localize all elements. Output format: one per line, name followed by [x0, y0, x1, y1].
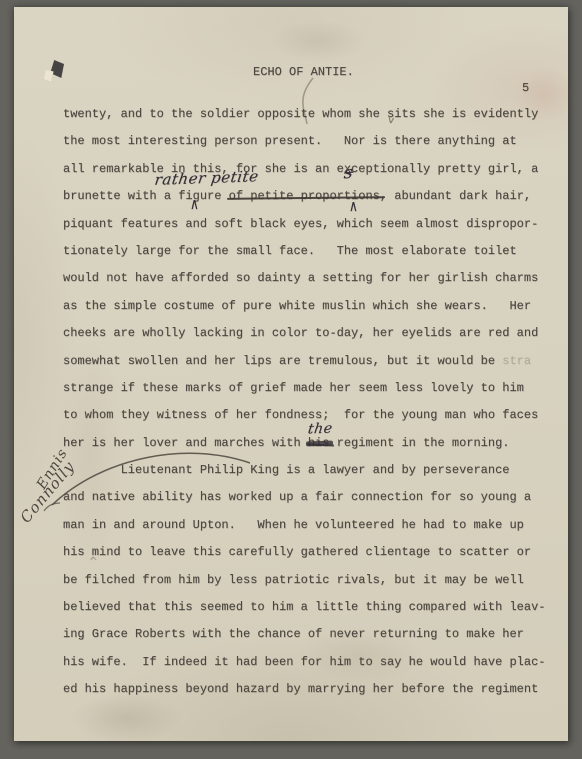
page-number: 5: [522, 81, 529, 95]
insertion-caret-icon: ∧: [190, 198, 199, 211]
typed-text: , abundant dark hair,: [380, 189, 531, 203]
typed-line: twenty, and to the soldier opposite whom…: [63, 101, 565, 128]
paper-hole: [46, 58, 66, 82]
insertion-caret-icon: ∧: [349, 200, 358, 213]
small-pencil-caret-icon: ^: [89, 556, 97, 567]
handwritten-insertion: rather petite: [153, 167, 259, 189]
typed-line: ed his happiness beyond hazard by marryi…: [63, 676, 565, 703]
typed-line: believed that this seemed to him a littl…: [63, 594, 565, 621]
typed-text: somewhat swollen and her lips are tremul…: [63, 354, 502, 368]
erased-text: stra: [502, 354, 531, 368]
typed-text: regiment in the morning.: [329, 436, 509, 450]
scan-background: ECHO OF ANTIE. 5 twenty, and to the sold…: [0, 0, 582, 759]
typed-line-with-strikethrough: brunette with a figure of petite proport…: [63, 183, 565, 210]
handwritten-replacement-word: the: [307, 421, 334, 438]
paper-smudge: [270, 20, 366, 62]
typed-line: man in and around Upton. When he volunte…: [63, 512, 565, 539]
typed-line: be filched from him by less patriotic ri…: [63, 567, 565, 594]
typed-text: her is her lover and marches with: [63, 436, 308, 450]
typed-line-paragraph-start: Lieutenant Philip King is a lawyer and b…: [63, 457, 565, 484]
typed-text-block: twenty, and to the soldier opposite whom…: [63, 101, 565, 705]
typed-line: and native ability has worked up a fair …: [63, 484, 565, 511]
typed-line: ing Grace Roberts with the chance of nev…: [63, 621, 565, 648]
typed-line: his wife. If indeed it had been for him …: [63, 649, 565, 676]
typed-line: strange if these marks of grief made her…: [63, 375, 565, 402]
typed-line: piquant features and soft black eyes, wh…: [63, 211, 565, 238]
typed-line: would not have afforded so dainty a sett…: [63, 265, 565, 292]
typed-line: tionately large for the small face. The …: [63, 238, 565, 265]
typed-line: as the simple costume of pure white musl…: [63, 293, 565, 320]
scribbled-out-text: his: [308, 436, 330, 450]
typed-line: all remarkable in this, for she is an ex…: [63, 156, 565, 183]
manuscript-page: ECHO OF ANTIE. 5 twenty, and to the sold…: [14, 7, 568, 741]
typed-line: his mind to leave this carefully gathere…: [63, 539, 565, 566]
typed-line: cheeks are wholly lacking in color to-da…: [63, 320, 565, 347]
typed-text: brunette with a figure: [63, 189, 229, 203]
typed-line: the most interesting person present. Nor…: [63, 128, 565, 155]
page-title: ECHO OF ANTIE.: [253, 65, 354, 79]
typed-line-with-erasure: somewhat swollen and her lips are tremul…: [63, 348, 565, 375]
